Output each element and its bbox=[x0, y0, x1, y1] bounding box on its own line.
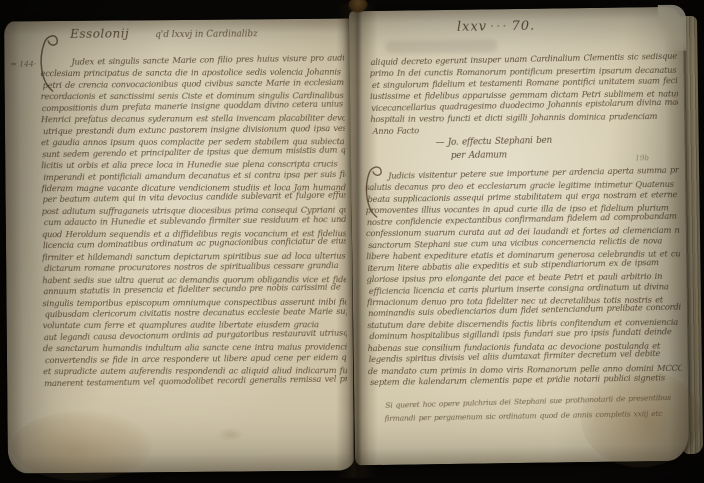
right-margin-mark: 19b bbox=[635, 153, 649, 162]
stain bbox=[11, 410, 152, 481]
manuscript-line: convertendis se fide in arce respondere … bbox=[45, 352, 347, 367]
manuscript-line: dictarum romane procuratores nostros de … bbox=[44, 260, 347, 275]
manuscript-line: utrique prestandi dum extunc pastorem in… bbox=[43, 123, 347, 138]
left-page: Essolonij q'd lxxvj in Cardinalibz = 144… bbox=[4, 18, 354, 473]
folio-number: lxxv···70. bbox=[349, 17, 643, 36]
bottom-note: Si queret hoc opere pulchrius dei Stepha… bbox=[384, 394, 681, 430]
folio-roman: lxxv bbox=[457, 19, 487, 34]
left-page-heading: Essolonij bbox=[70, 26, 129, 41]
right-page: lxxv···70. aliquid decreto egerunt insup… bbox=[349, 7, 689, 466]
folio-arabic: 70. bbox=[511, 19, 535, 34]
left-page-heading-row: Essolonij q'd lxxvj in Cardinalibz bbox=[70, 25, 258, 41]
right-page-paragraph-1: aliquid decreto egerunt insuper unam Car… bbox=[369, 53, 678, 139]
folio-dots: ··· bbox=[487, 19, 512, 34]
left-page-text: Judex et singulis sancte Marie con filio… bbox=[40, 55, 347, 398]
right-page-paragraph-2: Judicis visitentur petere sue importune … bbox=[365, 167, 682, 393]
subscription: — Jo. effectu Stephani benper Adamum bbox=[435, 134, 635, 165]
manuscript-line: per Adamum bbox=[435, 148, 635, 163]
ink-showthrough bbox=[385, 39, 497, 54]
manuscript-photo: Essolonij q'd lxxvj in Cardinalibz = 144… bbox=[0, 0, 704, 483]
corner-fold bbox=[658, 5, 687, 51]
left-page-heading-note: q'd lxxvj in Cardinalibz bbox=[155, 29, 258, 40]
stain bbox=[218, 427, 244, 441]
manuscript-line: cum adaucto in Hunedie et sublevando fir… bbox=[44, 214, 348, 229]
